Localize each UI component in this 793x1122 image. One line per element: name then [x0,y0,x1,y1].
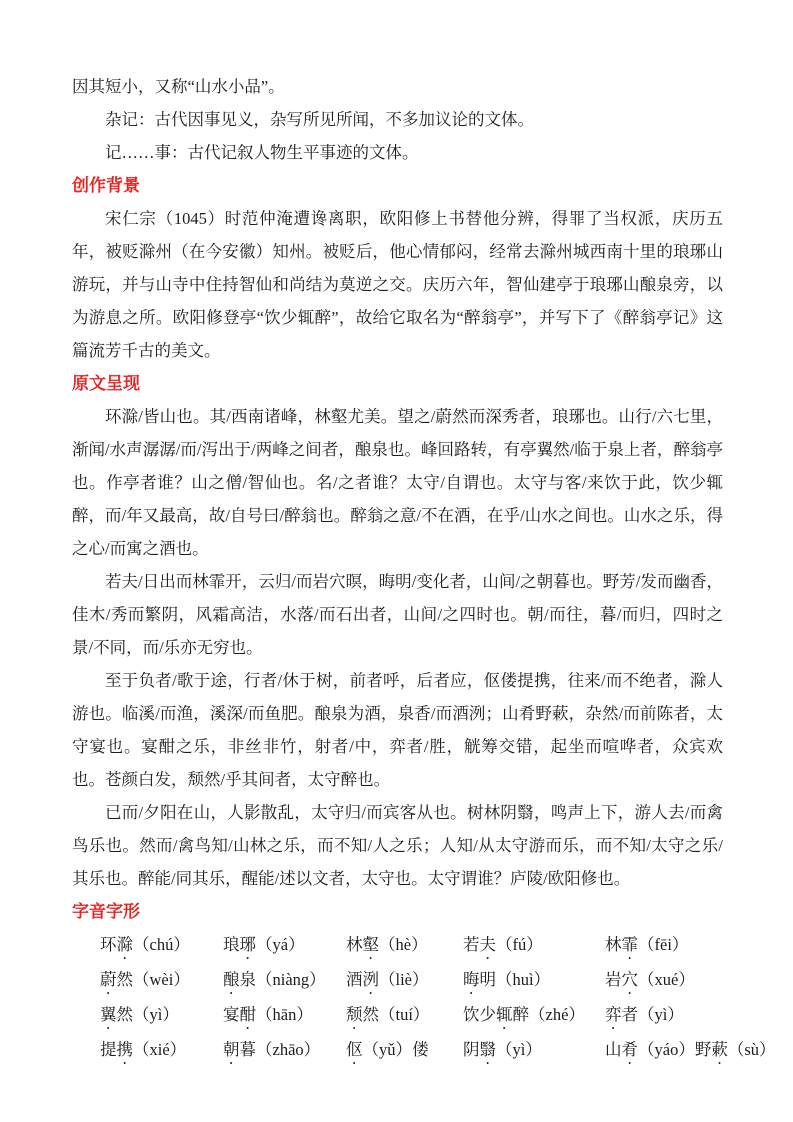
emphasized-character: 酣 [240,1005,257,1024]
phonetic-text: 岩 [605,970,622,989]
section-heading-original-text: 原文呈现 [72,367,723,400]
section-heading-creation-background: 创作背景 [72,169,723,202]
emphasized-character: 夫 [480,935,497,954]
phonetic-text: （yì） [496,1040,542,1059]
creation-background-paragraph: 宋仁宗（1045）时范仲淹遭谗离职，欧阳修上书替他分辨，得罪了当权派，庆历五年，… [72,202,723,367]
phonetic-text: （yá） [256,935,305,954]
phonetic-item: 颓然（tuí） [346,998,463,1033]
phonetic-text: （liè） [379,970,429,989]
phonetic-item: 若夫（fú） [463,928,605,963]
phonetic-item: 山肴（yáo）野蔌（sù） [605,1033,776,1068]
phonetic-item: 琅琊（yá） [223,928,346,963]
emphasized-character: 霏 [622,935,639,954]
phonetic-item: 岩穴（xué） [605,963,723,998]
phonetic-item: 朝暮（zhāo） [223,1033,346,1068]
phonetic-item: 饮少辄醉（zhé） [463,998,605,1033]
phonetic-text: 琅 [223,935,240,954]
emphasized-character: 穴 [622,970,639,989]
phonetic-item: 林霏（fēi） [605,928,723,963]
emphasized-character: 洌 [363,970,380,989]
phonetic-item: 弈者（yì） [605,998,723,1033]
phonetic-text: （yáo）野 [638,1040,711,1059]
phonetic-text: 环 [100,935,117,954]
emphasized-character: 翳 [480,1040,497,1059]
phonetic-item: 蔚然（wèi） [100,963,223,998]
emphasized-character: 晦 [463,970,480,989]
phonetics-row: 翼然（yì）宴酣（hān）颓然（tuí）饮少辄醉（zhé）弈者（yì） [100,998,723,1033]
phonetic-item: 阴翳（yì） [463,1033,605,1068]
emphasized-character: 蔌 [711,1040,728,1059]
emphasized-character: 辄 [496,1005,513,1024]
intro-continuation-line: 因其短小，又称“山水小品”。 [72,70,723,103]
phonetic-text: （hān） [256,1005,313,1024]
phonetic-text: （xué） [638,970,695,989]
phonetic-text: （sù） [728,1040,776,1059]
emphasized-character: 蔚 [100,970,117,989]
emphasized-character: 酿 [223,970,240,989]
emphasized-character: 壑 [363,935,380,954]
phonetic-text: 然（tuí） [363,1005,430,1024]
phonetic-text: 林 [346,935,363,954]
phonetic-text: 然（yì） [117,1005,179,1024]
phonetic-text: （xié） [133,1040,186,1059]
phonetic-item: 酒洌（liè） [346,963,463,998]
phonetic-text: 明（huì） [480,970,551,989]
emphasized-character: 朝 [223,1040,240,1059]
phonetic-item: 伛（yǔ）偻 [346,1033,463,1068]
phonetic-text: 林 [605,935,622,954]
phonetic-text: 泉（niàng） [240,970,326,989]
phonetic-text: 若 [463,935,480,954]
emphasized-character: 携 [117,1040,134,1059]
intro-jishi-line: 记……事：古代记叙人物生平事迹的文体。 [72,136,723,169]
phonetic-text: 宴 [223,1005,240,1024]
emphasized-character: 琊 [240,935,257,954]
phonetic-text: （yǔ）偻 [363,1040,429,1059]
phonetic-text: 饮少 [463,1005,496,1024]
original-text-paragraph-3: 至于负者/歌于途，行者/休于树，前者呼，后者应，伛偻提携，往来/而不绝者，滁人游… [72,664,723,796]
emphasized-character: 滁 [117,935,134,954]
phonetic-text: （fēi） [638,935,688,954]
phonetic-text: 然（wèi） [117,970,190,989]
phonetics-row: 环滁（chú）琅琊（yá）林壑（hè）若夫（fú）林霏（fēi） [100,928,723,963]
phonetic-text: 醉（zhé） [513,1005,585,1024]
phonetic-item: 晦明（huì） [463,963,605,998]
phonetic-text: 暮（zhāo） [240,1040,321,1059]
emphasized-character: 肴 [622,1040,639,1059]
original-text-paragraph-2: 若夫/日出而林霏开，云归/而岩穴暝，晦明/变化者，山间/之朝暮也。野芳/发而幽香… [72,565,723,664]
phonetic-text: 阴 [463,1040,480,1059]
phonetics-row: 提携（xié）朝暮（zhāo）伛（yǔ）偻阴翳（yì）山肴（yáo）野蔌（sù） [100,1033,723,1068]
emphasized-character: 翼 [100,1005,117,1024]
original-text-paragraph-1: 环滁/皆山也。其/西南诸峰，林壑尤美。望之/蔚然而深秀者，琅琊也。山行/六七里，… [72,400,723,565]
phonetic-text: （chú） [133,935,190,954]
phonetics-table: 环滁（chú）琅琊（yá）林壑（hè）若夫（fú）林霏（fēi）蔚然（wèi）酿… [72,928,723,1068]
phonetic-text: （fú） [496,935,543,954]
phonetic-text: （hè） [379,935,428,954]
phonetic-item: 环滁（chú） [100,928,223,963]
phonetic-item: 宴酣（hān） [223,998,346,1033]
phonetic-item: 提携（xié） [100,1033,223,1068]
emphasized-character: 弈 [605,1005,622,1024]
phonetics-row: 蔚然（wèi）酿泉（niàng）酒洌（liè）晦明（huì）岩穴（xué） [100,963,723,998]
document-page: 因其短小，又称“山水小品”。 杂记：古代因事见义，杂写所见所闻，不多加议论的文体… [0,0,793,1122]
phonetic-text: 酒 [346,970,363,989]
intro-zaji-line: 杂记：古代因事见义，杂写所见所闻，不多加议论的文体。 [72,103,723,136]
phonetic-text: 山 [605,1040,622,1059]
original-text-paragraph-4: 已而/夕阳在山，人影散乱，太守归/而宾客从也。树林阴翳，鸣声上下，游人去/而禽鸟… [72,796,723,895]
emphasized-character: 伛 [346,1040,363,1059]
phonetic-text: 提 [100,1040,117,1059]
emphasized-character: 颓 [346,1005,363,1024]
section-heading-phonetics: 字音字形 [72,895,723,928]
phonetic-text: 者（yì） [622,1005,684,1024]
phonetic-item: 林壑（hè） [346,928,463,963]
phonetic-item: 翼然（yì） [100,998,223,1033]
phonetic-item: 酿泉（niàng） [223,963,346,998]
